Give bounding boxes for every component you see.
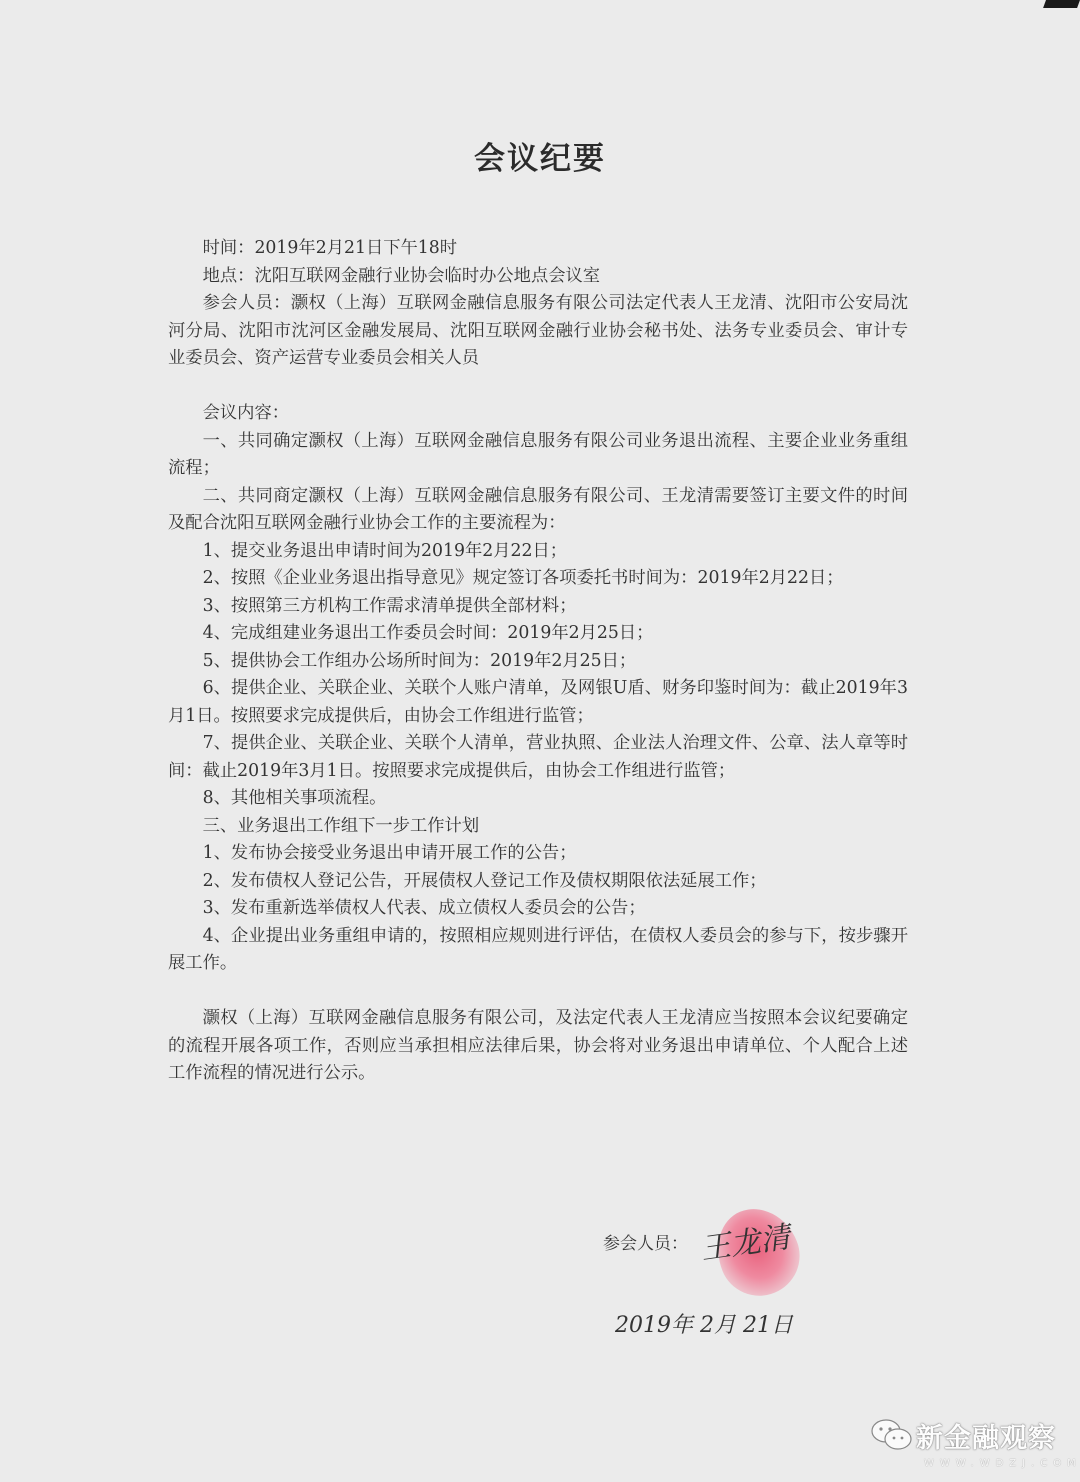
section2-item: 5、提供协会工作组办公场所时间为：2019年2月25日；: [168, 648, 908, 676]
signature-date: 2019年 2月 21日: [615, 1308, 793, 1339]
section2-item: 3、按照第三方机构工作需求清单提供全部材料；: [168, 593, 908, 621]
watermark-name: 新金融观察: [916, 1416, 1056, 1455]
section-1: 一、共同确定灏权（上海）互联网金融信息服务有限公司业务退出流程、主要企业业务重组…: [168, 428, 908, 483]
section3-item: 4、企业提出业务重组申请的，按照相应规则进行评估，在债权人委员会的参与下，按步骤…: [168, 923, 908, 978]
meeting-attendees: 参会人员：灏权（上海）互联网金融信息服务有限公司法定代表人王龙清、沈阳市公安局沈…: [168, 290, 908, 373]
meeting-time: 时间：2019年2月21日下午18时: [168, 235, 908, 263]
document-body: 时间：2019年2月21日下午18时 地点：沈阳互联网金融行业协会临时办公地点会…: [168, 235, 908, 1088]
section3-item: 1、发布协会接受业务退出申请开展工作的公告；: [168, 840, 908, 868]
signature-label: 参会人员：: [603, 1229, 688, 1254]
closing-paragraph: 灏权（上海）互联网金融信息服务有限公司，及法定代表人王龙清应当按照本会议纪要确定…: [168, 1005, 908, 1088]
section2-item: 6、提供企业、关联企业、关联个人账户清单，及网银U盾、财务印鉴时间为：截止201…: [168, 675, 908, 730]
section3-item: 2、发布债权人登记公告，开展债权人登记工作及债权期限依法延展工作；: [168, 868, 908, 896]
section2-item: 4、完成组建业务退出工作委员会时间：2019年2月25日；: [168, 620, 908, 648]
section2-item: 1、提交业务退出申请时间为2019年2月22日；: [168, 538, 908, 566]
scan-corner: [1043, 0, 1080, 8]
section2-item: 2、按照《企业业务退出指导意见》规定签订各项委托书时间为：2019年2月22日；: [168, 565, 908, 593]
section-3-heading: 三、业务退出工作组下一步工作计划: [168, 813, 908, 841]
section3-item: 3、发布重新选举债权人代表、成立债权人委员会的公告；: [168, 895, 908, 923]
watermark-url: WWW.WDZJ.COM: [924, 1458, 1080, 1469]
meeting-location: 地点：沈阳互联网金融行业协会临时办公地点会议室: [168, 263, 908, 291]
wechat-icon: [870, 1418, 914, 1452]
watermark: 新金融观察 WWW.WDZJ.COM: [870, 1410, 1075, 1480]
content-heading: 会议内容：: [168, 400, 908, 428]
section2-item: 7、提供企业、关联企业、关联个人清单，营业执照、企业法人治理文件、公章、法人章等…: [168, 730, 908, 785]
document-title: 会议纪要: [0, 133, 1080, 178]
document-page: 会议纪要 时间：2019年2月21日下午18时 地点：沈阳互联网金融行业协会临时…: [0, 0, 1080, 1482]
section2-item: 8、其他相关事项流程。: [168, 785, 908, 813]
section-2: 二、共同商定灏权（上海）互联网金融信息服务有限公司、王龙清需要签订主要文件的时间…: [168, 483, 908, 538]
